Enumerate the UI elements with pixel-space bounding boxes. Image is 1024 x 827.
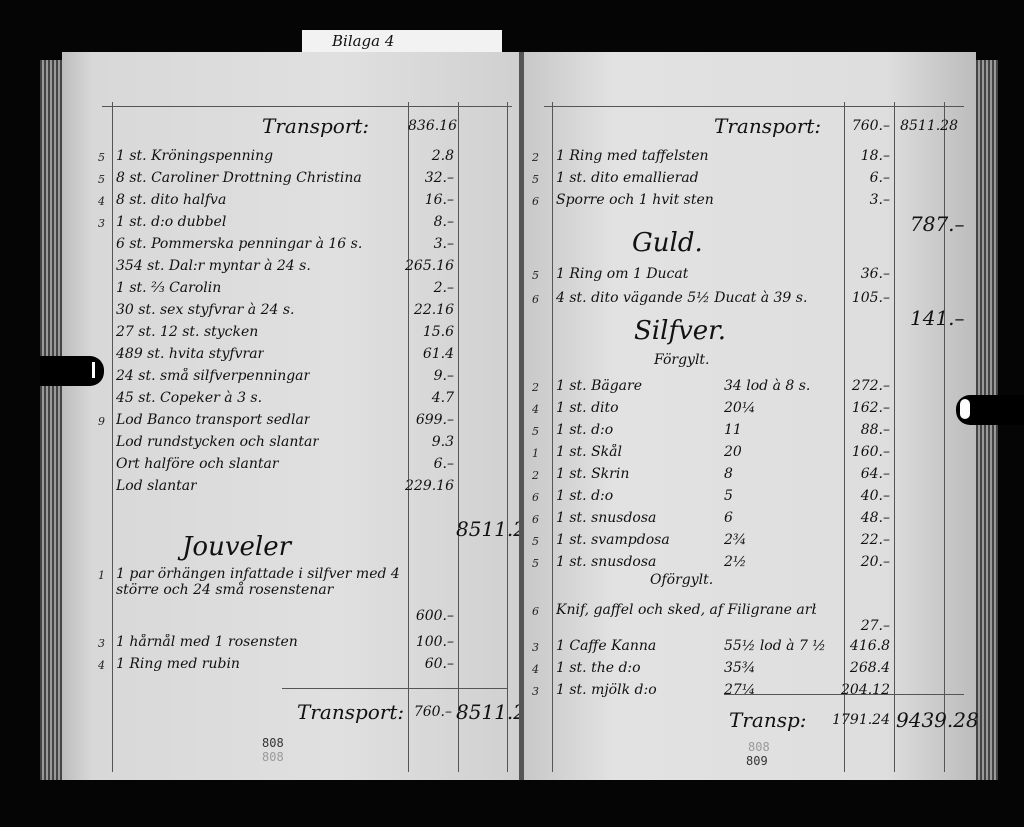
entry-amount: 18.– bbox=[840, 148, 890, 164]
entry-mark: 4 bbox=[532, 403, 539, 416]
entry-mark: 2 bbox=[532, 151, 539, 164]
entry-weight: 34 lod à 8 s. bbox=[724, 378, 810, 394]
entry-weight: 20 bbox=[724, 444, 742, 460]
entry-description: 1 st. snusdosa bbox=[556, 554, 656, 570]
left-page: Transport: 836.16 51 st. Kröningspenning… bbox=[62, 52, 522, 780]
footer-rule bbox=[724, 694, 964, 695]
entry-description: 4 st. dito vägande 5½ Ducat à 39 s. bbox=[556, 290, 807, 306]
folio-stamp: 808 bbox=[262, 736, 284, 750]
entry-description: Sporre och 1 hvit sten bbox=[556, 192, 714, 208]
entry-weight: 2¾ bbox=[724, 532, 746, 548]
entry-mark: 3 bbox=[98, 637, 105, 650]
entry-description: 8 st. Caroliner Drottning Christina bbox=[116, 170, 362, 186]
entry-amount: 265.16 bbox=[402, 258, 454, 274]
entry-weight: 11 bbox=[724, 422, 742, 438]
entry-description: 45 st. Copeker à 3 s. bbox=[116, 390, 262, 406]
left-footer-amount: 760.– bbox=[402, 704, 452, 720]
right-header-amount: 760.– bbox=[840, 118, 890, 134]
entry-weight: 27¼ bbox=[724, 682, 755, 698]
entry-description: 354 st. Dal:r myntar à 24 s. bbox=[116, 258, 311, 274]
entry-amount: 6.– bbox=[840, 170, 890, 186]
entry-mark: 6 bbox=[532, 605, 539, 618]
binding-clip-left bbox=[40, 356, 104, 386]
entry-amount: 160.– bbox=[840, 444, 890, 460]
entry-mark: 6 bbox=[532, 293, 539, 306]
right-header-total: 8511.28 bbox=[898, 118, 958, 134]
entry-amount: 64.– bbox=[840, 466, 890, 482]
entry-amount: 36.– bbox=[840, 266, 890, 282]
entry-amount: 27.– bbox=[840, 618, 890, 634]
entry-description: 1 st. d:o bbox=[556, 488, 613, 504]
total-rule bbox=[458, 102, 459, 772]
entry-amount: 4.7 bbox=[402, 390, 454, 406]
entry-amount: 3.– bbox=[402, 236, 454, 252]
entry-mark: 3 bbox=[532, 685, 539, 698]
entry-mark: 1 bbox=[98, 569, 105, 582]
entry-description: 1 st. Kröningspenning bbox=[116, 148, 273, 164]
entry-amount: 272.– bbox=[840, 378, 890, 394]
page-edges-left bbox=[40, 60, 62, 780]
forgylt-heading: Förgylt. bbox=[654, 352, 710, 368]
entry-weight: 20¼ bbox=[724, 400, 755, 416]
entry-amount: 60.– bbox=[402, 656, 454, 672]
entry-description: 1 hårnål med 1 rosensten bbox=[116, 634, 298, 650]
left-footer-label: Transport: bbox=[297, 700, 404, 724]
total-rule bbox=[894, 102, 895, 772]
entry-description: 1 st. ⅔ Carolin bbox=[116, 280, 221, 296]
entry-amount: 699.– bbox=[402, 412, 454, 428]
jouveler-heading: Jouveler bbox=[182, 532, 291, 562]
entry-mark: 3 bbox=[98, 217, 105, 230]
margin-rule bbox=[112, 102, 113, 772]
entry-weight: 5 bbox=[724, 488, 733, 504]
oforgylt-heading: Oförgylt. bbox=[650, 572, 713, 588]
entry-description: 1 st. Skrin bbox=[556, 466, 629, 482]
entry-amount: 16.– bbox=[402, 192, 454, 208]
entry-weight: 8 bbox=[724, 466, 733, 482]
entry-amount: 48.– bbox=[840, 510, 890, 526]
entry-description: Lod Banco transport sedlar bbox=[116, 412, 310, 428]
right-subtotal-1: 787.– bbox=[910, 212, 965, 236]
right-footer-label: Transp: bbox=[729, 708, 807, 732]
entry-amount: 100.– bbox=[402, 634, 454, 650]
entry-description: 1 Ring med rubin bbox=[116, 656, 240, 672]
entry-weight: 6 bbox=[724, 510, 733, 526]
entry-amount: 229.16 bbox=[402, 478, 454, 494]
entry-weight: 2½ bbox=[724, 554, 746, 570]
entry-description: 1 st. the d:o bbox=[556, 660, 641, 676]
binding-clip-right bbox=[956, 395, 1024, 425]
entry-amount: 61.4 bbox=[402, 346, 454, 362]
entry-amount: 162.– bbox=[840, 400, 890, 416]
entry-description: 1 st. d:o bbox=[556, 422, 613, 438]
entry-amount: 600.– bbox=[402, 608, 454, 624]
entry-mark: 6 bbox=[532, 513, 539, 526]
entry-amount: 15.6 bbox=[402, 324, 454, 340]
entry-description: 1 st. dito emallierad bbox=[556, 170, 699, 186]
entry-mark: 5 bbox=[532, 269, 539, 282]
entry-description: Ort halföre och slantar bbox=[116, 456, 279, 472]
top-rule bbox=[544, 106, 964, 107]
entry-description: 1 st. svampdosa bbox=[556, 532, 670, 548]
entry-mark: 2 bbox=[532, 469, 539, 482]
entry-description: 6 st. Pommerska penningar à 16 s. bbox=[116, 236, 362, 252]
entry-amount: 2.8 bbox=[402, 148, 454, 164]
entry-description: 1 st. Skål bbox=[556, 444, 622, 460]
entry-amount: 22.16 bbox=[402, 302, 454, 318]
entry-description: Knif, gaffel och sked, af Filigrane arbe… bbox=[556, 602, 816, 618]
entry-description: 489 st. hvita styfvrar bbox=[116, 346, 264, 362]
entry-mark: 4 bbox=[532, 663, 539, 676]
right-footer-amount: 1791.24 bbox=[824, 712, 890, 728]
entry-amount: 22.– bbox=[840, 532, 890, 548]
left-header-amount: 836.16 bbox=[408, 118, 454, 134]
edge-rule bbox=[507, 102, 508, 772]
entry-mark: 4 bbox=[98, 195, 105, 208]
entry-amount: 204.12 bbox=[840, 682, 890, 698]
entry-amount: 6.– bbox=[402, 456, 454, 472]
entry-amount: 105.– bbox=[840, 290, 890, 306]
entry-description: Lod slantar bbox=[116, 478, 197, 494]
entry-mark: 5 bbox=[98, 173, 105, 186]
entry-description: 1 st. mjölk d:o bbox=[556, 682, 657, 698]
entry-description: 1 st. d:o dubbel bbox=[116, 214, 226, 230]
entry-mark: 6 bbox=[532, 491, 539, 504]
entry-weight: 55½ lod à 7 ½ bbox=[724, 638, 826, 654]
entry-amount: 32.– bbox=[402, 170, 454, 186]
entry-description: 1 Ring med taffelsten bbox=[556, 148, 709, 164]
entry-description: Lod rundstycken och slantar bbox=[116, 434, 319, 450]
entry-amount: 268.4 bbox=[840, 660, 890, 676]
entry-mark: 5 bbox=[532, 557, 539, 570]
entry-description: 1 Caffe Kanna bbox=[556, 638, 656, 654]
entry-mark: 2 bbox=[532, 381, 539, 394]
entry-amount: 9.– bbox=[402, 368, 454, 384]
entry-amount: 3.– bbox=[840, 192, 890, 208]
entry-mark: 1 bbox=[532, 447, 539, 460]
folio-stamp-faint: 808 bbox=[748, 740, 770, 754]
entry-amount: 8.– bbox=[402, 214, 454, 230]
entry-description: 1 st. snusdosa bbox=[556, 510, 656, 526]
entry-mark: 5 bbox=[532, 425, 539, 438]
top-rule bbox=[102, 106, 512, 107]
entry-amount: 9.3 bbox=[402, 434, 454, 450]
folio-stamp-faint: 808 bbox=[262, 750, 284, 764]
entry-mark: 5 bbox=[532, 535, 539, 548]
entry-amount: 40.– bbox=[840, 488, 890, 504]
margin-rule bbox=[552, 102, 553, 772]
entry-description: 1 par örhängen infattade i silfver med 4… bbox=[116, 566, 401, 598]
right-page: Transport: 760.– 8511.28 21 Ring med taf… bbox=[524, 52, 976, 780]
entry-mark: 3 bbox=[532, 641, 539, 654]
right-footer-total: 9439.28 bbox=[896, 708, 979, 732]
guld-heading: Guld. bbox=[632, 228, 703, 258]
left-header-label: Transport: bbox=[262, 114, 369, 138]
entry-mark: 5 bbox=[98, 151, 105, 164]
entry-description: 1 st. Bägare bbox=[556, 378, 642, 394]
entry-description: 1 st. dito bbox=[556, 400, 619, 416]
archive-tab-label: Bilaga 4 bbox=[332, 32, 394, 50]
footer-rule bbox=[282, 688, 507, 689]
entry-description: 1 Ring om 1 Ducat bbox=[556, 266, 688, 282]
entry-weight: 35¾ bbox=[724, 660, 755, 676]
entry-description: 30 st. sex styfvrar à 24 s. bbox=[116, 302, 294, 318]
folio-stamp: 809 bbox=[746, 754, 768, 768]
entry-amount: 416.8 bbox=[840, 638, 890, 654]
entry-amount: 20.– bbox=[840, 554, 890, 570]
silfver-heading: Silfver. bbox=[634, 316, 726, 346]
archive-tab: Bilaga 4 bbox=[302, 30, 502, 52]
entry-amount: 2.– bbox=[402, 280, 454, 296]
entry-description: 27 st. 12 st. stycken bbox=[116, 324, 258, 340]
entry-mark: 6 bbox=[532, 195, 539, 208]
entry-amount: 88.– bbox=[840, 422, 890, 438]
edge-rule bbox=[944, 102, 945, 772]
entry-mark: 4 bbox=[98, 659, 105, 672]
entry-description: 24 st. små silfverpenningar bbox=[116, 368, 310, 384]
entry-mark: 9 bbox=[98, 415, 105, 428]
right-subtotal-2: 141.– bbox=[910, 306, 965, 330]
entry-mark: 5 bbox=[532, 173, 539, 186]
right-header-label: Transport: bbox=[714, 114, 821, 138]
entry-description: 8 st. dito halfva bbox=[116, 192, 226, 208]
